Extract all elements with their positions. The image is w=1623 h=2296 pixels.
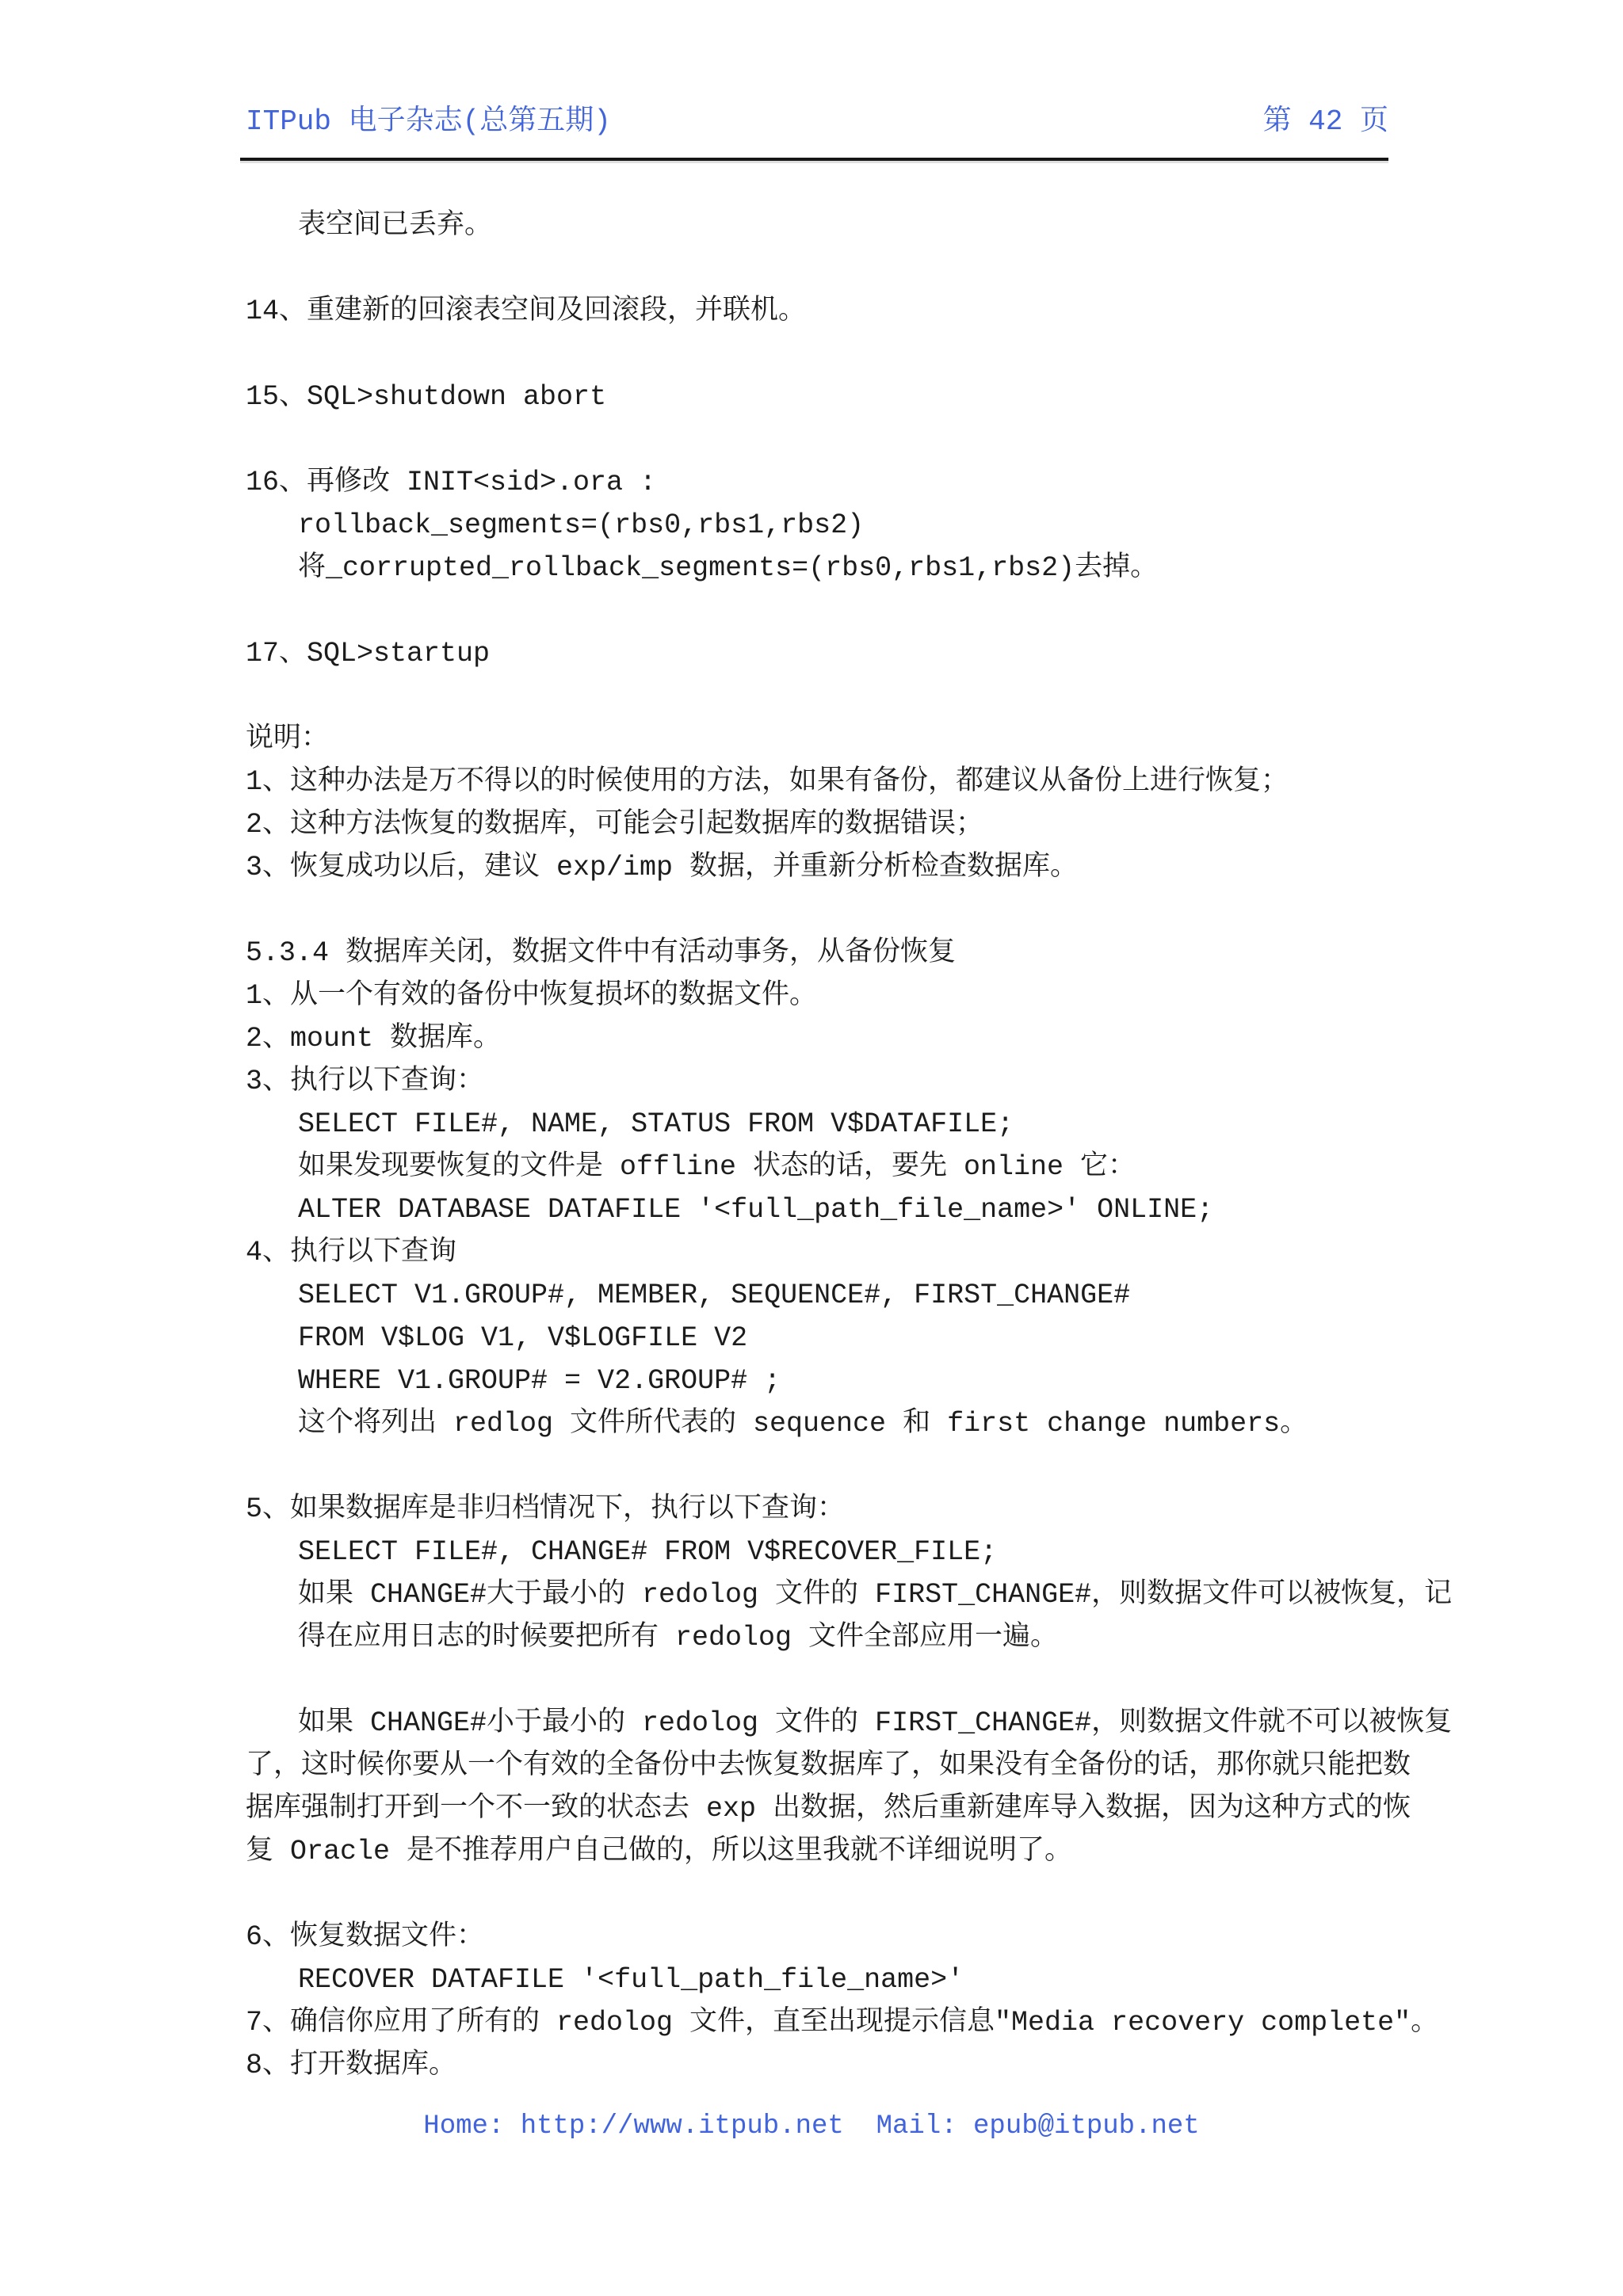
blank-line bbox=[0, 675, 1623, 718]
footer-mail-address[interactable]: epub@itpub.net bbox=[973, 2111, 1200, 2142]
document-page: ITPub 电子杂志(总第五期) 第 42 页 表空间已丢弃。14、重建新的回滚… bbox=[0, 0, 1623, 2296]
text-line: 复 Oracle 是不推荐用户自己做的，所以这里我就不详细说明了。 bbox=[0, 1830, 1623, 1873]
text-line: 说明： bbox=[0, 718, 1623, 761]
text-line: 14、重建新的回滚表空间及回滚段，并联机。 bbox=[0, 290, 1623, 333]
text-line: SELECT FILE#, NAME, STATUS FROM V$DATAFI… bbox=[0, 1103, 1623, 1146]
text-line: 3、恢复成功以后，建议 exp/imp 数据，并重新分析检查数据库。 bbox=[0, 846, 1623, 889]
page-number: 第 42 页 bbox=[1263, 105, 1388, 139]
footer-separator bbox=[844, 2111, 876, 2142]
text-line: 4、执行以下查询 bbox=[0, 1231, 1623, 1274]
blank-line bbox=[0, 418, 1623, 461]
text-line: 7、确信你应用了所有的 redolog 文件，直至出现提示信息"Media re… bbox=[0, 2001, 1623, 2044]
text-line: 如果 CHANGE#小于最小的 redolog 文件的 FIRST_CHANGE… bbox=[0, 1702, 1623, 1745]
page-header: ITPub 电子杂志(总第五期) 第 42 页 bbox=[246, 105, 1388, 139]
text-line: 8、打开数据库。 bbox=[0, 2044, 1623, 2087]
text-line: 1、从一个有效的备份中恢复损坏的数据文件。 bbox=[0, 974, 1623, 1017]
blank-line bbox=[0, 333, 1623, 376]
blank-line bbox=[0, 1873, 1623, 1916]
blank-line bbox=[0, 589, 1623, 632]
text-line: WHERE V1.GROUP# = V2.GROUP# ; bbox=[0, 1360, 1623, 1402]
text-line: 2、这种方法恢复的数据库，可能会引起数据库的数据错误； bbox=[0, 803, 1623, 846]
text-line: 3、执行以下查询： bbox=[0, 1060, 1623, 1103]
text-line: rollback_segments=(rbs0,rbs1,rbs2) bbox=[0, 504, 1623, 547]
text-line: ALTER DATABASE DATAFILE '<full_path_file… bbox=[0, 1188, 1623, 1231]
footer-home-url[interactable]: http://www.itpub.net bbox=[521, 2111, 844, 2142]
text-line: 17、SQL>startup bbox=[0, 632, 1623, 675]
blank-line bbox=[0, 1445, 1623, 1488]
text-line: 将_corrupted_rollback_segments=(rbs0,rbs1… bbox=[0, 547, 1623, 589]
text-line: 如果发现要恢复的文件是 offline 状态的话，要先 online 它： bbox=[0, 1146, 1623, 1188]
text-line: 据库强制打开到一个不一致的状态去 exp 出数据，然后重新建库导入数据，因为这种… bbox=[0, 1787, 1623, 1830]
header-rule bbox=[240, 158, 1388, 161]
text-line: 6、恢复数据文件： bbox=[0, 1916, 1623, 1958]
text-line: 15、SQL>shutdown abort bbox=[0, 376, 1623, 418]
text-line: SELECT V1.GROUP#, MEMBER, SEQUENCE#, FIR… bbox=[0, 1274, 1623, 1317]
blank-line bbox=[0, 889, 1623, 932]
footer-home-label: Home: bbox=[423, 2111, 520, 2142]
text-line: RECOVER DATAFILE '<full_path_file_name>' bbox=[0, 1958, 1623, 2001]
text-line: SELECT FILE#, CHANGE# FROM V$RECOVER_FIL… bbox=[0, 1531, 1623, 1573]
blank-line bbox=[0, 247, 1623, 290]
text-line: 这个将列出 redlog 文件所代表的 sequence 和 first cha… bbox=[0, 1402, 1623, 1445]
text-line: 表空间已丢弃。 bbox=[0, 204, 1623, 247]
text-line: 如果 CHANGE#大于最小的 redolog 文件的 FIRST_CHANGE… bbox=[0, 1573, 1623, 1616]
text-line: 16、再修改 INIT<sid>.ora : bbox=[0, 461, 1623, 504]
page-footer: Home: http://www.itpub.net Mail: epub@it… bbox=[0, 2109, 1623, 2144]
text-line: 2、mount 数据库。 bbox=[0, 1017, 1623, 1060]
text-line: 5、如果数据库是非归档情况下，执行以下查询： bbox=[0, 1488, 1623, 1531]
text-line: FROM V$LOG V1, V$LOGFILE V2 bbox=[0, 1317, 1623, 1360]
document-body: 表空间已丢弃。14、重建新的回滚表空间及回滚段，并联机。15、SQL>shutd… bbox=[0, 204, 1623, 2087]
text-line: 了，这时候你要从一个有效的全备份中去恢复数据库了，如果没有全备份的话，那你就只能… bbox=[0, 1745, 1623, 1787]
text-line: 得在应用日志的时候要把所有 redolog 文件全部应用一遍。 bbox=[0, 1616, 1623, 1659]
footer-mail-label: Mail: bbox=[876, 2111, 973, 2142]
magazine-title: ITPub 电子杂志(总第五期) bbox=[246, 105, 611, 139]
text-line: 1、这种办法是万不得以的时候使用的方法，如果有备份，都建议从备份上进行恢复； bbox=[0, 761, 1623, 803]
text-line: 5.3.4 数据库关闭，数据文件中有活动事务，从备份恢复 bbox=[0, 932, 1623, 974]
blank-line bbox=[0, 1659, 1623, 1702]
